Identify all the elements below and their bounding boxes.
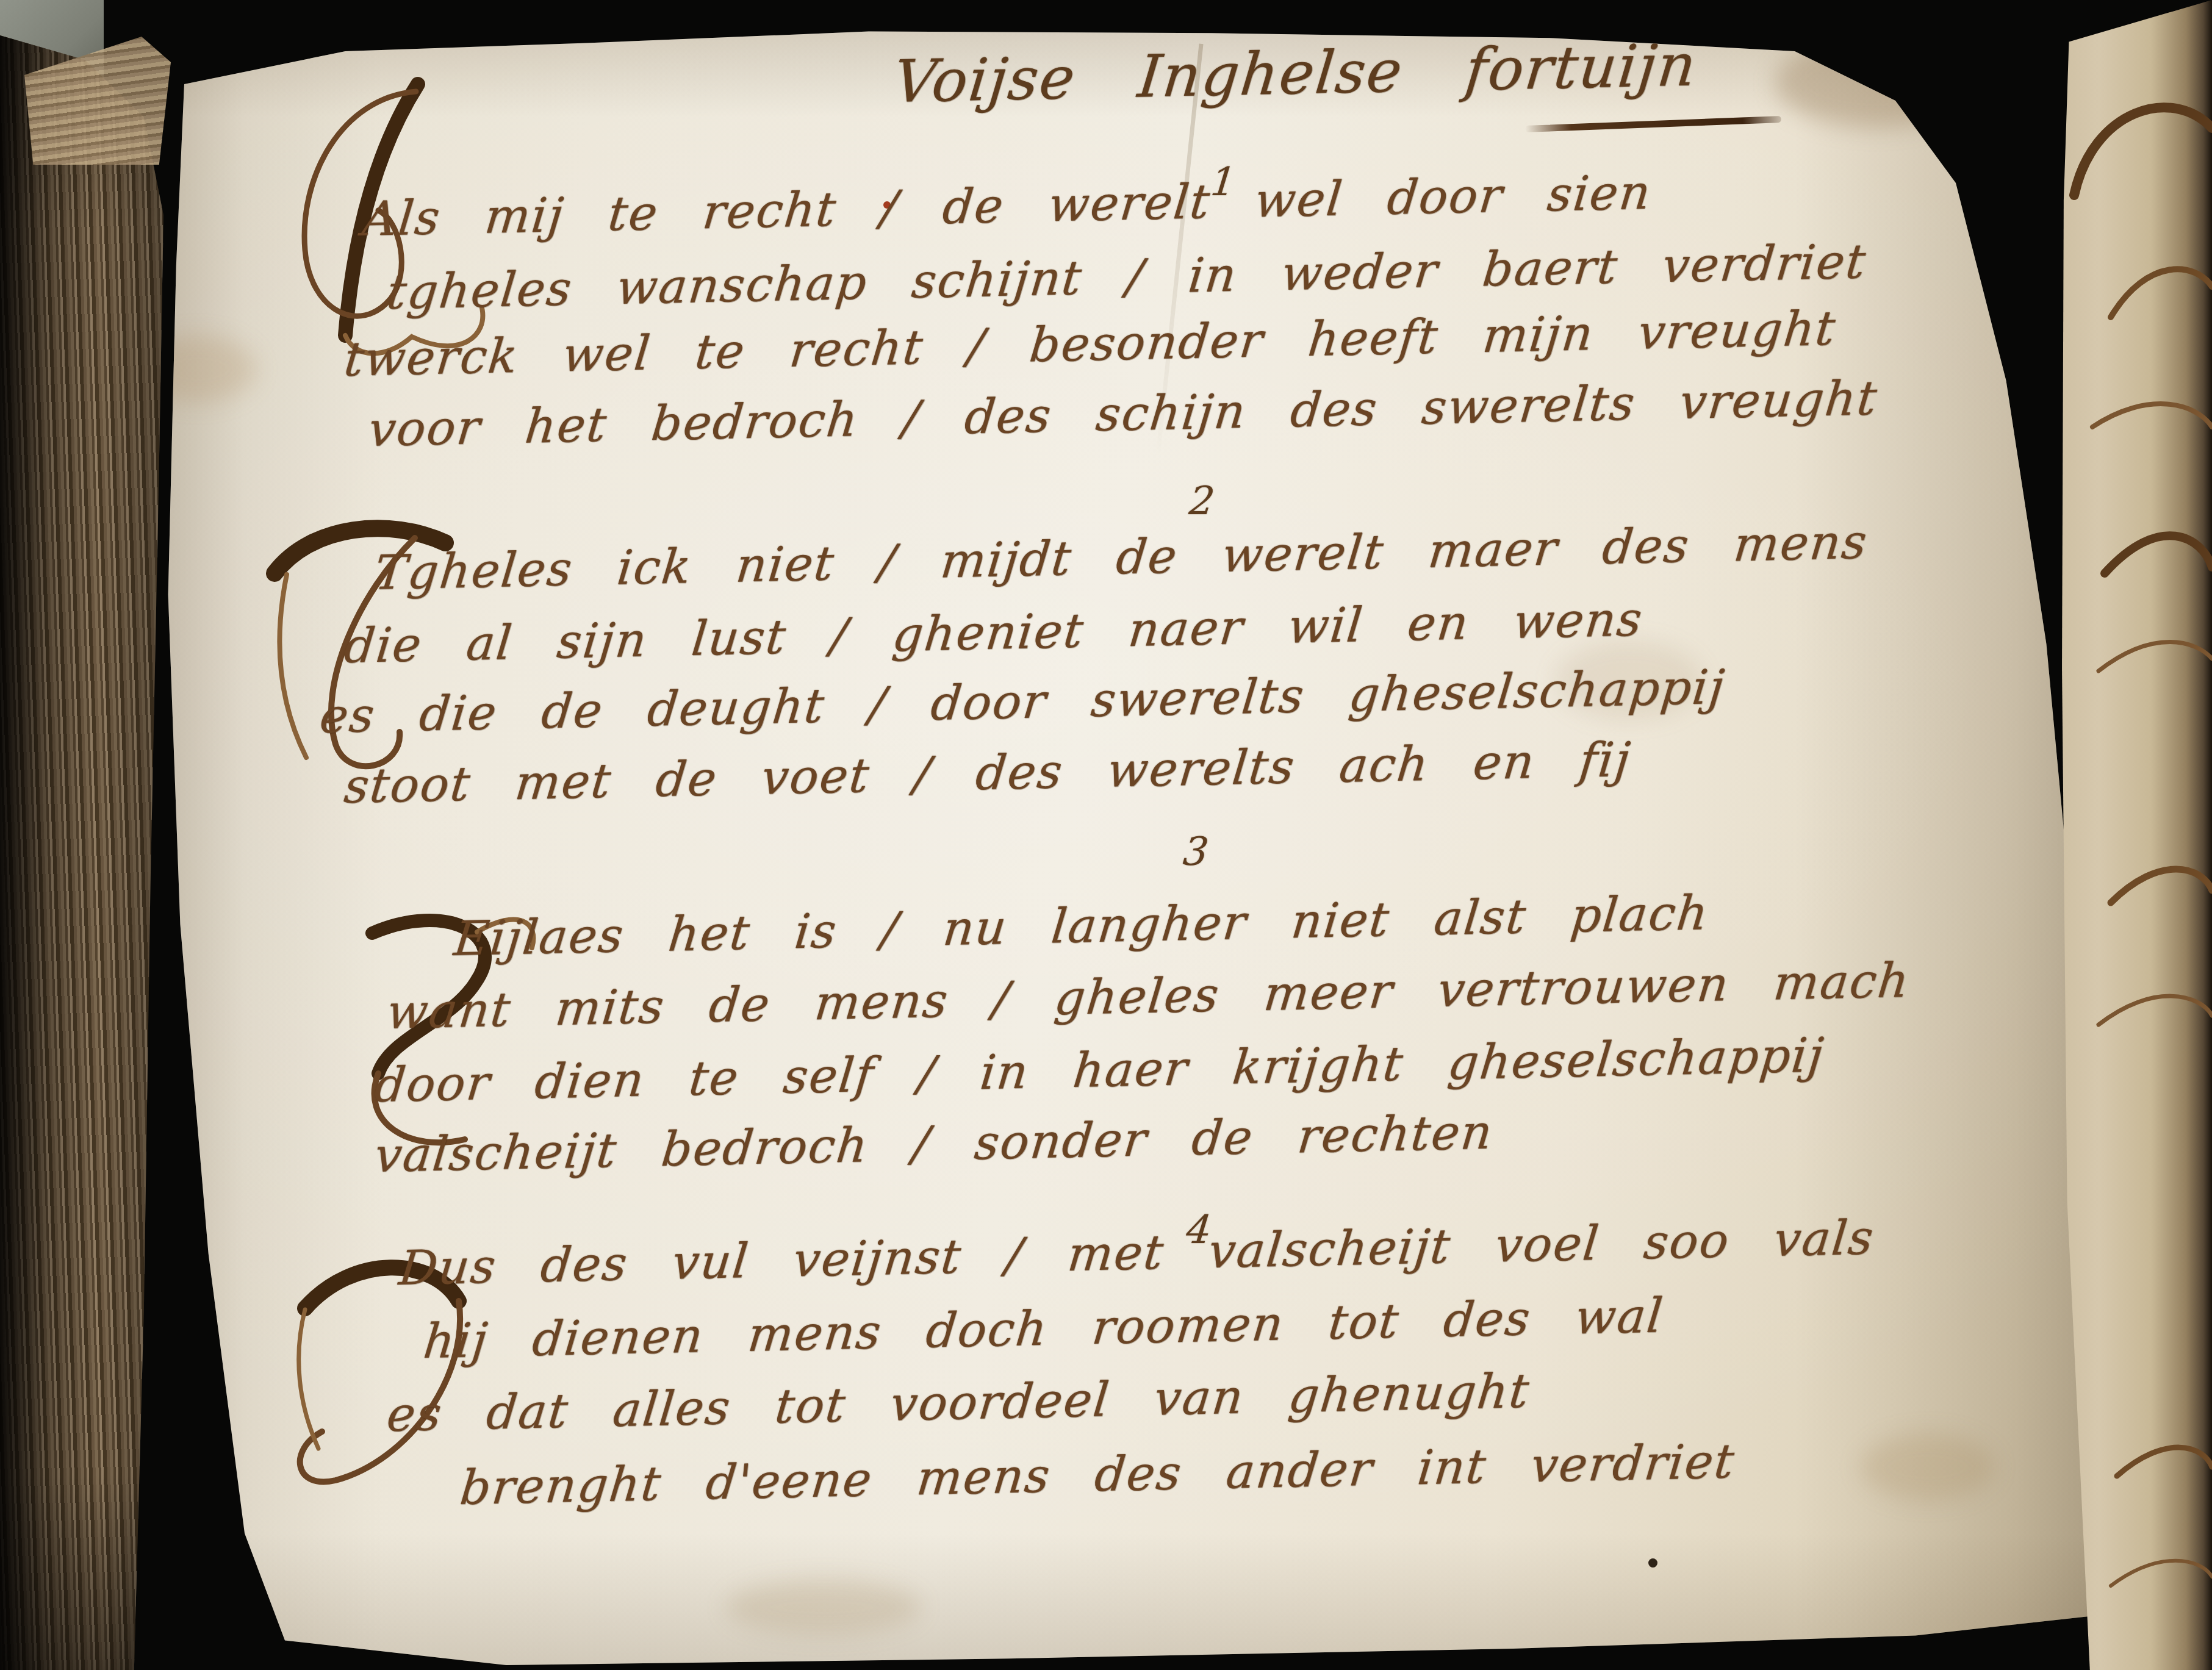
stanza-line: es dat alles tot voordeel van ghenught xyxy=(384,1364,1532,1442)
stanza-line: es die de deught / door swerelts ghesels… xyxy=(317,660,1728,744)
stanza-number: 2 xyxy=(1187,479,1216,524)
stanza-line: voor het bedroch / des schijn des swerel… xyxy=(366,371,1880,457)
stanza-line: Eijlaes het is / nu langher niet alst pl… xyxy=(451,886,1712,967)
stanza-line: Dus des vul veijnst / met valscheijt voe… xyxy=(397,1211,1877,1296)
stanza-number: 3 xyxy=(1181,830,1210,875)
page-title: Voijse Inghelse fortuijn xyxy=(891,31,1700,116)
handwriting-layer: Voijse Inghelse fortuijn 1 Als mij te re… xyxy=(104,18,2117,1665)
ink-mark xyxy=(253,1598,259,1609)
stanza-line: die al sijn lust / gheniet naer wil en w… xyxy=(342,592,1645,674)
book-fore-edge-stack xyxy=(0,35,163,1670)
manuscript-photo: Voijse Inghelse fortuijn 1 Als mij te re… xyxy=(0,0,2212,1670)
stanza-line: Tgheles ick niet / mijdt de werelt maer … xyxy=(372,515,1870,601)
fore-edge-shading xyxy=(0,35,163,1670)
manuscript-page: Voijse Inghelse fortuijn 1 Als mij te re… xyxy=(104,18,2117,1665)
stanza-line: Als mij te recht / de werelt wel door si… xyxy=(360,165,1654,247)
stanza-line: hij dienen mens doch roomen tot des wal xyxy=(421,1289,1666,1369)
stanza-line: want mits de mens / gheles meer vertrouw… xyxy=(384,953,1912,1040)
title-flourish-rule xyxy=(1525,116,1781,132)
stanza-line: stoot met de voet / des werelts ach en f… xyxy=(342,733,1634,814)
stanza-line: door dien te self / in haer krijght ghes… xyxy=(372,1028,1827,1113)
stanza-line: brenght d'eene mens des ander int verdri… xyxy=(458,1434,1737,1516)
